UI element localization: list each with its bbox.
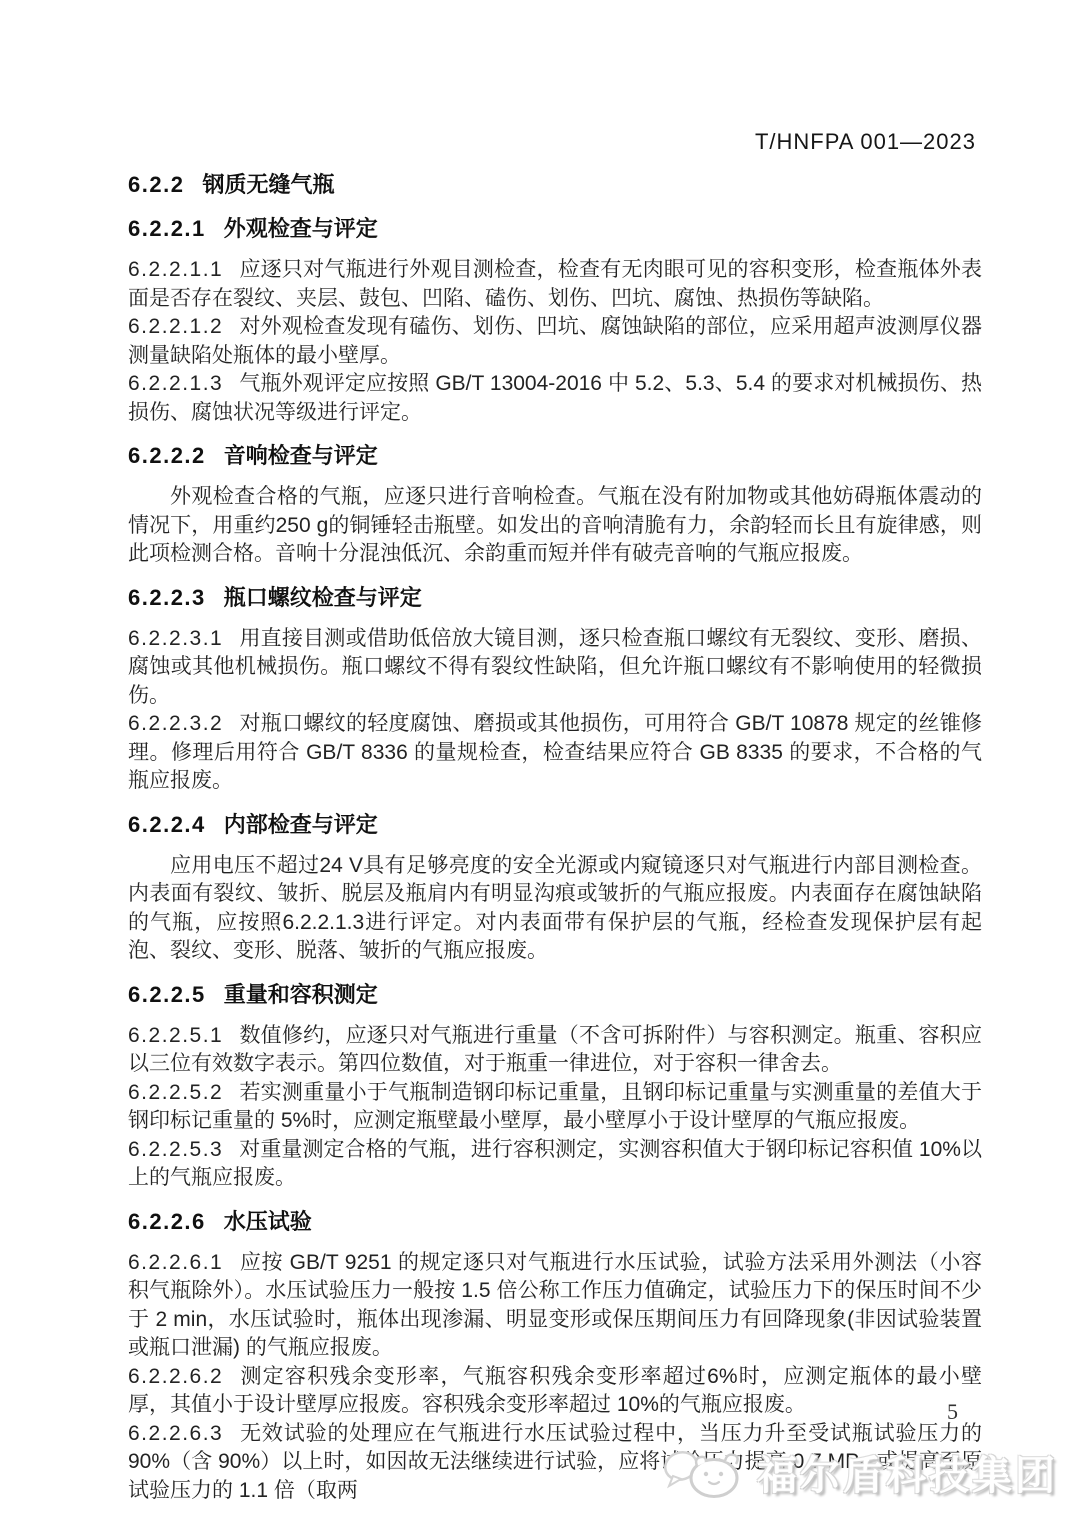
section-title: 瓶口螺纹检查与评定 [224,585,422,610]
section-heading-6223: 6.2.2.3瓶口螺纹检查与评定 [128,583,982,613]
section-number: 6.2.2 [128,172,184,197]
section-title: 外观检查与评定 [224,216,378,241]
clause-62252: 6.2.2.5.2若实测重量小于气瓶制造钢印标记重量，且钢印标记重量与实测重量的… [128,1079,982,1136]
clause-62212: 6.2.2.1.2对外观检查发现有磕伤、划伤、凹坑、腐蚀缺陷的部位，应采用超声波… [128,313,982,370]
clause-62211: 6.2.2.1.1应逐只对气瓶进行外观目测检查，检查有无肉眼可见的容积变形，检查… [128,256,982,313]
section-number: 6.2.2.2 [128,443,206,468]
brand-wordmark: 福尔盾科技集团 [757,1444,1058,1501]
clause-number: 6.2.2.6.1 [128,1251,223,1274]
section-heading-6222: 6.2.2.2音响检查与评定 [128,441,982,471]
section-title: 内部检查与评定 [224,812,378,837]
clause-text: 若实测重量小于气瓶制造钢印标记重量，且钢印标记重量与实测重量的差值大于钢印标记重… [128,1081,982,1133]
clause-text: 对外观检查发现有磕伤、划伤、凹坑、腐蚀缺陷的部位，应采用超声波测厚仪器测量缺陷处… [128,315,982,367]
clause-text: 气瓶外观评定应按照 GB/T 13004-2016 中 5.2、5.3、5.4 … [128,372,982,424]
section-title: 音响检查与评定 [224,443,378,468]
clause-number: 6.2.2.5.3 [128,1138,223,1161]
clause-62262: 6.2.2.6.2测定容积残余变形率，气瓶容积残余变形率超过6%时，应测定瓶体的… [128,1363,982,1420]
section-number: 6.2.2.4 [128,812,206,837]
clause-text: 对瓶口螺纹的轻度腐蚀、磨损或其他损伤，可用符合 GB/T 10878 规定的丝锥… [128,712,982,792]
clause-62261: 6.2.2.6.1应按 GB/T 9251 的规定逐只对气瓶进行水压试验，试验方… [128,1249,982,1363]
clause-text: 应逐只对气瓶进行外观目测检查，检查有无肉眼可见的容积变形，检查瓶体外表面是否存在… [128,258,982,310]
clause-number: 6.2.2.5.2 [128,1081,223,1104]
section-heading-6221: 6.2.2.1外观检查与评定 [128,214,982,244]
clause-text: 应按 GB/T 9251 的规定逐只对气瓶进行水压试验，试验方法采用外测法（小容… [128,1251,982,1360]
clause-text: 数值修约，应逐只对气瓶进行重量（不含可拆附件）与容积测定。瓶重、容积应以三位有效… [128,1024,982,1076]
clause-number: 6.2.2.1.2 [128,315,223,338]
clause-62213: 6.2.2.1.3气瓶外观评定应按照 GB/T 13004-2016 中 5.2… [128,370,982,427]
clause-number: 6.2.2.3.1 [128,627,223,650]
standard-code-header: T/HNFPA 001—2023 [755,129,976,155]
clause-62253: 6.2.2.5.3对重量测定合格的气瓶，进行容积测定，实测容积值大于钢印标记容积… [128,1136,982,1193]
clause-text: 测定容积残余变形率，气瓶容积残余变形率超过6%时，应测定瓶体的最小壁厚，其值小于… [128,1365,982,1417]
clause-62231: 6.2.2.3.1用直接目测或借助低倍放大镜目测，逐只检查瓶口螺纹有无裂纹、变形… [128,625,982,711]
section-heading-6225: 6.2.2.5重量和容积测定 [128,980,982,1010]
clause-number: 6.2.2.1.3 [128,372,223,395]
section-title: 水压试验 [224,1209,312,1234]
document-page: T/HNFPA 001—2023 6.2.2钢质无缝气瓶 6.2.2.1外观检查… [0,0,1080,1528]
clause-number: 6.2.2.5.1 [128,1024,223,1047]
section-number: 6.2.2.1 [128,216,206,241]
clause-62251: 6.2.2.5.1数值修约，应逐只对气瓶进行重量（不含可拆附件）与容积测定。瓶重… [128,1022,982,1079]
section-heading-6224: 6.2.2.4内部检查与评定 [128,810,982,840]
brand-mascot-icon [659,1442,751,1502]
clause-number: 6.2.2.6.2 [128,1365,223,1388]
clause-number: 6.2.2.6.3 [128,1422,223,1445]
section-number: 6.2.2.6 [128,1209,206,1234]
clause-number: 6.2.2.3.2 [128,712,223,735]
section-number: 6.2.2.3 [128,585,206,610]
section-heading-6226: 6.2.2.6水压试验 [128,1207,982,1237]
section-number: 6.2.2.5 [128,982,206,1007]
clause-62232: 6.2.2.3.2对瓶口螺纹的轻度腐蚀、磨损或其他损伤，可用符合 GB/T 10… [128,710,982,796]
page-number: 5 [947,1399,958,1425]
section-title: 钢质无缝气瓶 [202,172,334,197]
clause-text: 用直接目测或借助低倍放大镜目测，逐只检查瓶口螺纹有无裂纹、变形、磨损、腐蚀或其他… [128,627,982,707]
section-heading-622: 6.2.2钢质无缝气瓶 [128,170,982,200]
section-title: 重量和容积测定 [224,982,378,1007]
paragraph-internal-check: 应用电压不超过24 V具有足够亮度的安全光源或内窥镜逐只对气瓶进行内部目测检查。… [128,852,982,966]
clause-number: 6.2.2.1.1 [128,258,223,281]
clause-text: 对重量测定合格的气瓶，进行容积测定，实测容积值大于钢印标记容积值 10%以上的气… [128,1138,982,1190]
brand-watermark: 福尔盾科技集团 [659,1442,1058,1502]
document-body: 6.2.2钢质无缝气瓶 6.2.2.1外观检查与评定 6.2.2.1.1应逐只对… [128,170,982,1505]
paragraph-sound-check: 外观检查合格的气瓶，应逐只进行音响检查。气瓶在没有附加物或其他妨碍瓶体震动的情况… [128,483,982,569]
